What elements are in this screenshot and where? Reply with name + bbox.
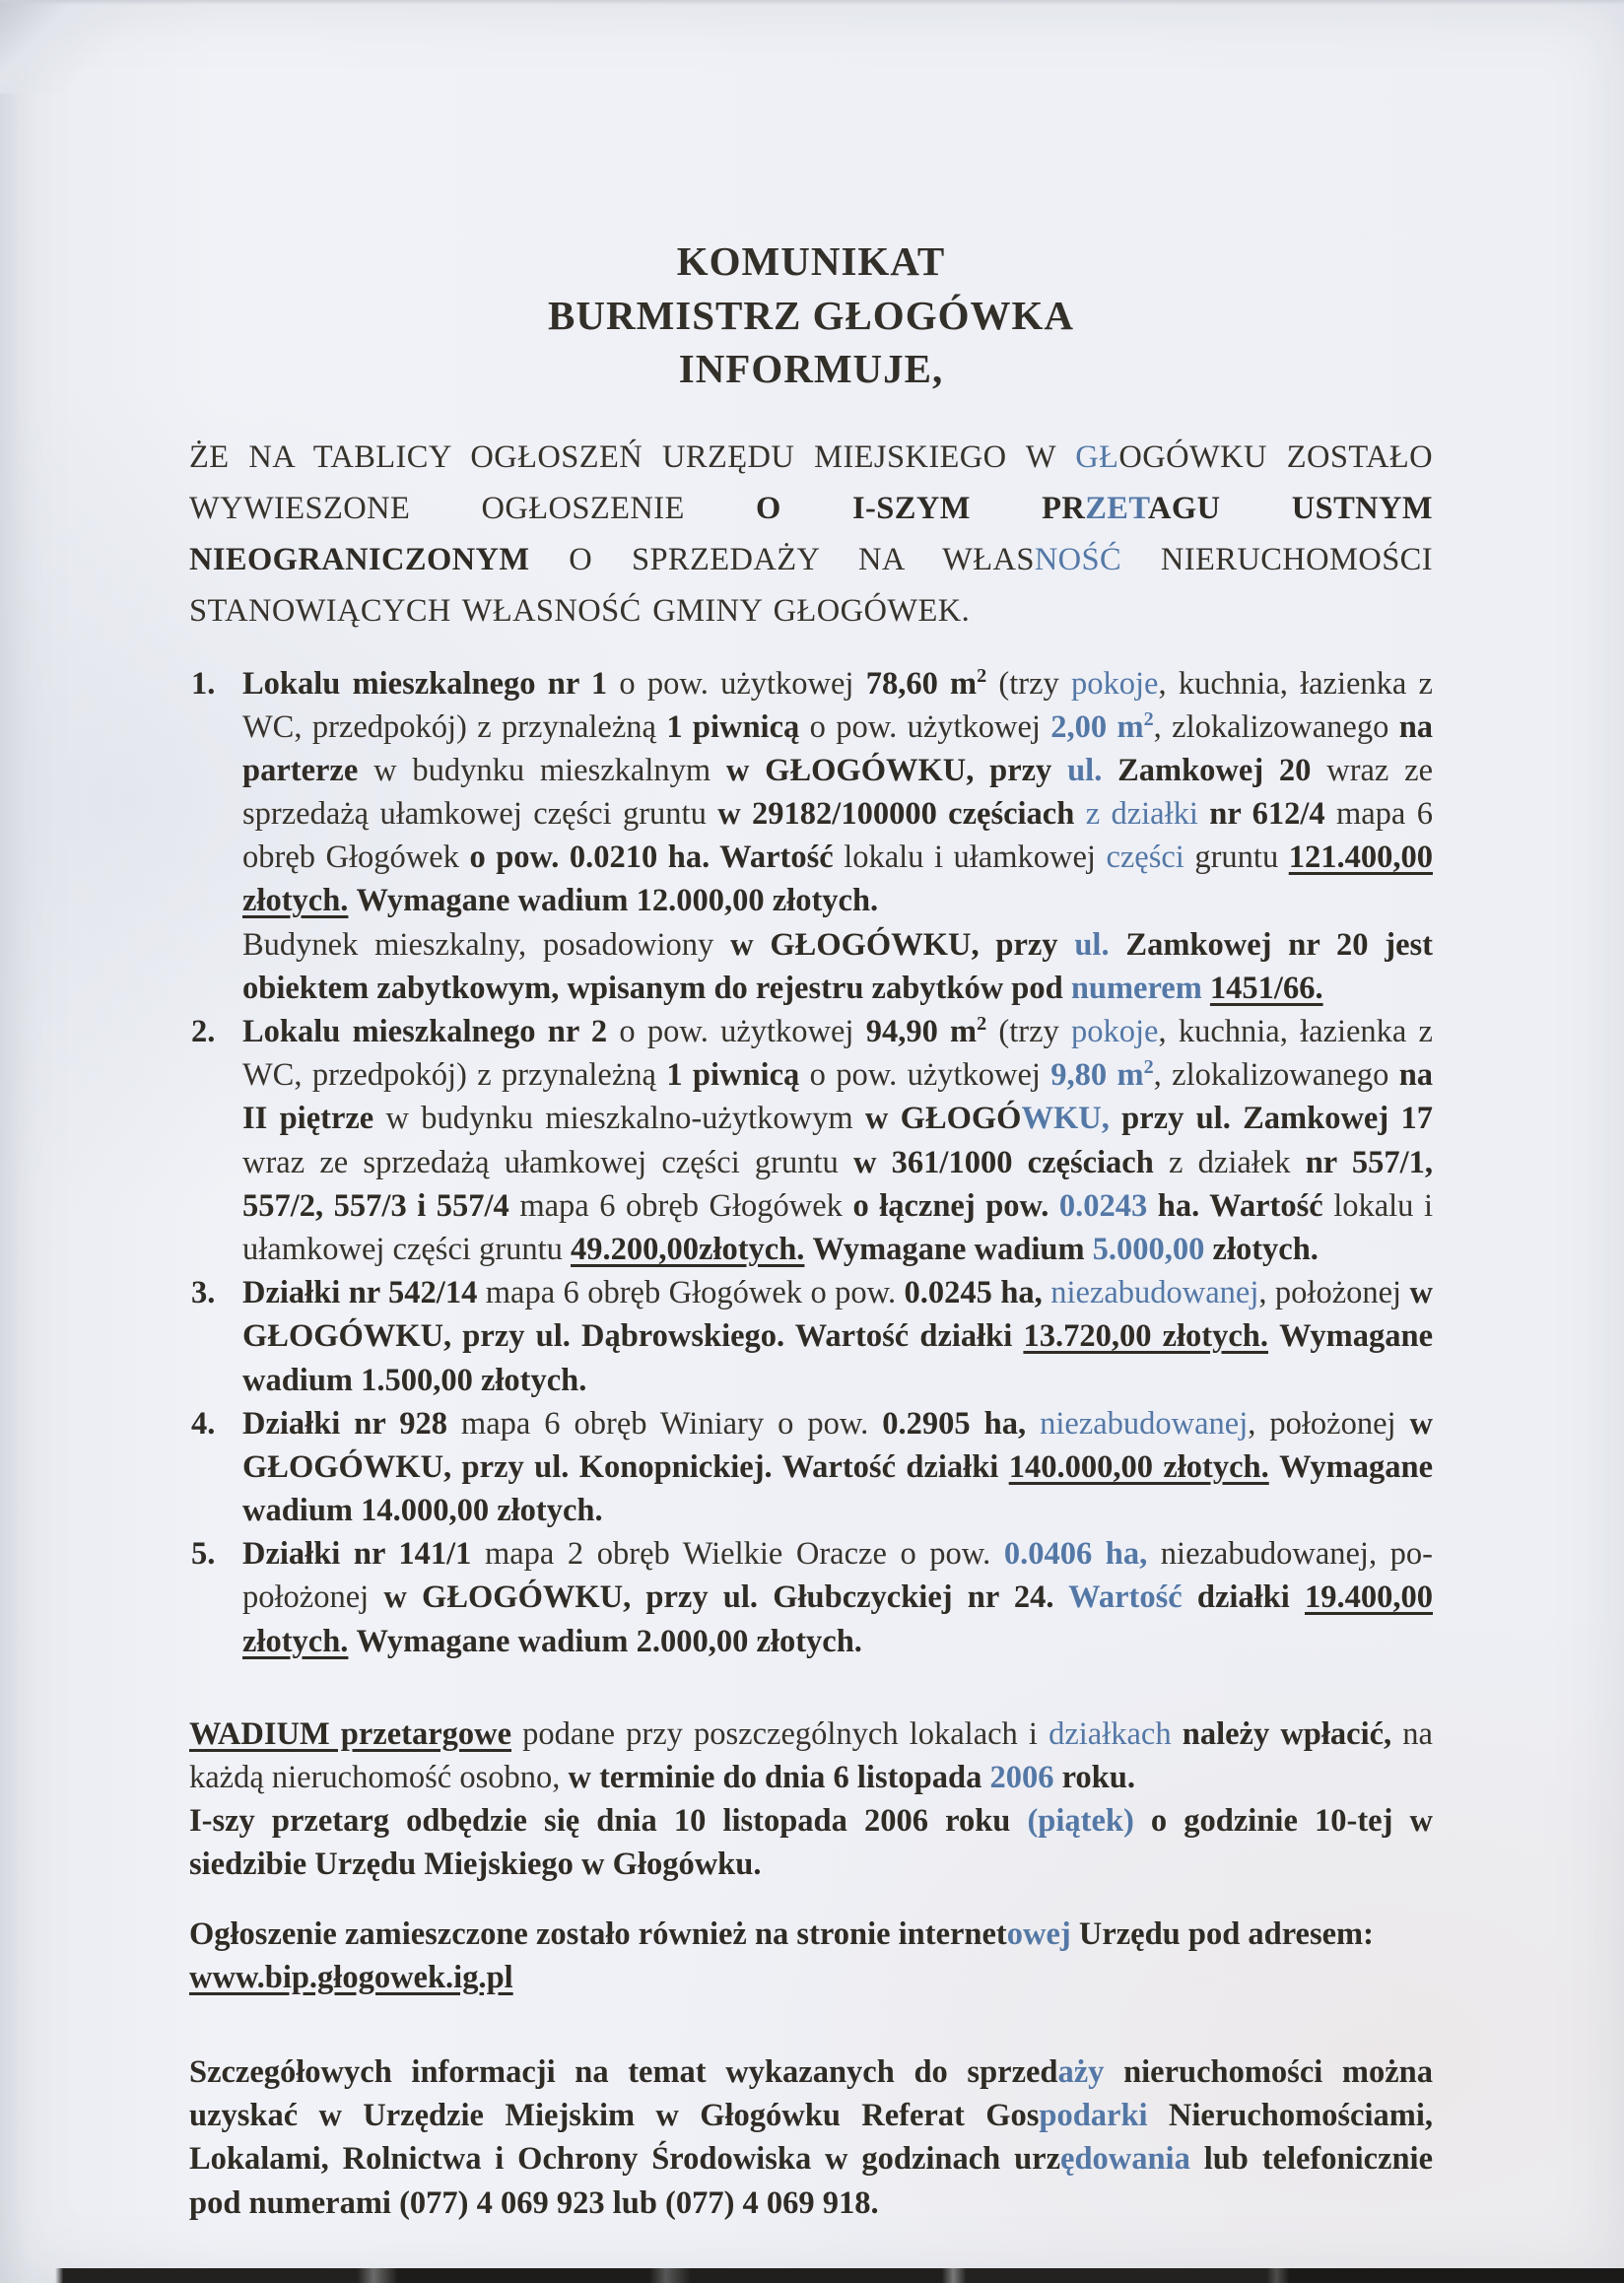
list-item: 5. Działki nr 141/1 mapa 2 obręb Wielkie… (189, 1532, 1433, 1663)
title-line: BURMISTRZ GŁOGÓWKA (189, 289, 1433, 343)
auction-date-paragraph: I-szy przetarg odbędzie się dnia 10 list… (189, 1799, 1433, 1886)
item-paragraph: Działki nr 141/1 mapa 2 obręb Wielkie Or… (242, 1532, 1433, 1663)
scanned-document-page: KOMUNIKAT BURMISTRZ GŁOGÓWKA INFORMUJE, … (0, 0, 1624, 2283)
intro-paragraph: ŻE NA TABLICY OGŁOSZEŃ URZĘDU MIEJSKIEGO… (189, 432, 1433, 637)
list-item: 4. Działki nr 928 mapa 6 obręb Winiary o… (189, 1402, 1433, 1533)
item-text: Lokalu mieszkalnego nr 1 o pow. użytkowe… (242, 662, 1433, 1011)
item-subparagraph: Budynek mieszkalny, posadowiony w GŁOGÓW… (242, 923, 1433, 1010)
scan-top-edge (0, 0, 1624, 5)
scanner-edge-strip (0, 2268, 1624, 2283)
item-number: 3. (189, 1271, 242, 1402)
item-number: 4. (189, 1402, 242, 1533)
item-number: 1. (189, 662, 242, 1011)
property-list: 1. Lokalu mieszkalnego nr 1 o pow. użytk… (189, 662, 1433, 1663)
page-title: KOMUNIKAT BURMISTRZ GŁOGÓWKA INFORMUJE, (189, 235, 1433, 396)
item-text: Lokalu mieszkalnego nr 2 o pow. użytkowe… (242, 1010, 1433, 1271)
item-number: 2. (189, 1010, 242, 1271)
list-item: 2. Lokalu mieszkalnego nr 2 o pow. użytk… (189, 1010, 1433, 1271)
title-line: INFORMUJE, (189, 342, 1433, 396)
contact-info-paragraph: Szczegółowych informacji na temat wykaza… (189, 2050, 1433, 2225)
online-notice-section: Ogłoszenie zamieszczone zostało również … (189, 1913, 1433, 1999)
list-item: 1. Lokalu mieszkalnego nr 1 o pow. użytk… (189, 662, 1433, 1011)
online-notice-paragraph: Ogłoszenie zamieszczone zostało również … (189, 1913, 1433, 1956)
item-text: Działki nr 542/14 mapa 6 obręb Głogówek … (242, 1271, 1433, 1402)
document-content: KOMUNIKAT BURMISTRZ GŁOGÓWKA INFORMUJE, … (189, 235, 1433, 2225)
website-url: www.bip.głogowek.ig.pl (189, 1956, 1433, 1999)
contact-info-section: Szczegółowych informacji na temat wykaza… (189, 2050, 1433, 2225)
item-paragraph: Działki nr 928 mapa 6 obręb Winiary o po… (242, 1402, 1433, 1533)
item-text: Działki nr 141/1 mapa 2 obręb Wielkie Or… (242, 1532, 1433, 1663)
item-paragraph: Lokalu mieszkalnego nr 1 o pow. użytkowe… (242, 662, 1433, 923)
item-paragraph: Działki nr 542/14 mapa 6 obręb Głogówek … (242, 1271, 1433, 1402)
title-line: KOMUNIKAT (189, 235, 1433, 289)
item-text: Działki nr 928 mapa 6 obręb Winiary o po… (242, 1402, 1433, 1533)
list-item: 3. Działki nr 542/14 mapa 6 obręb Głogów… (189, 1271, 1433, 1402)
wadium-section: WADIUM przetargowe podane przy poszczegó… (189, 1712, 1433, 1887)
item-paragraph: Lokalu mieszkalnego nr 2 o pow. użytkowe… (242, 1010, 1433, 1271)
wadium-paragraph: WADIUM przetargowe podane przy poszczegó… (189, 1712, 1433, 1799)
item-number: 5. (189, 1532, 242, 1663)
paper-fold-corner (0, 0, 128, 94)
